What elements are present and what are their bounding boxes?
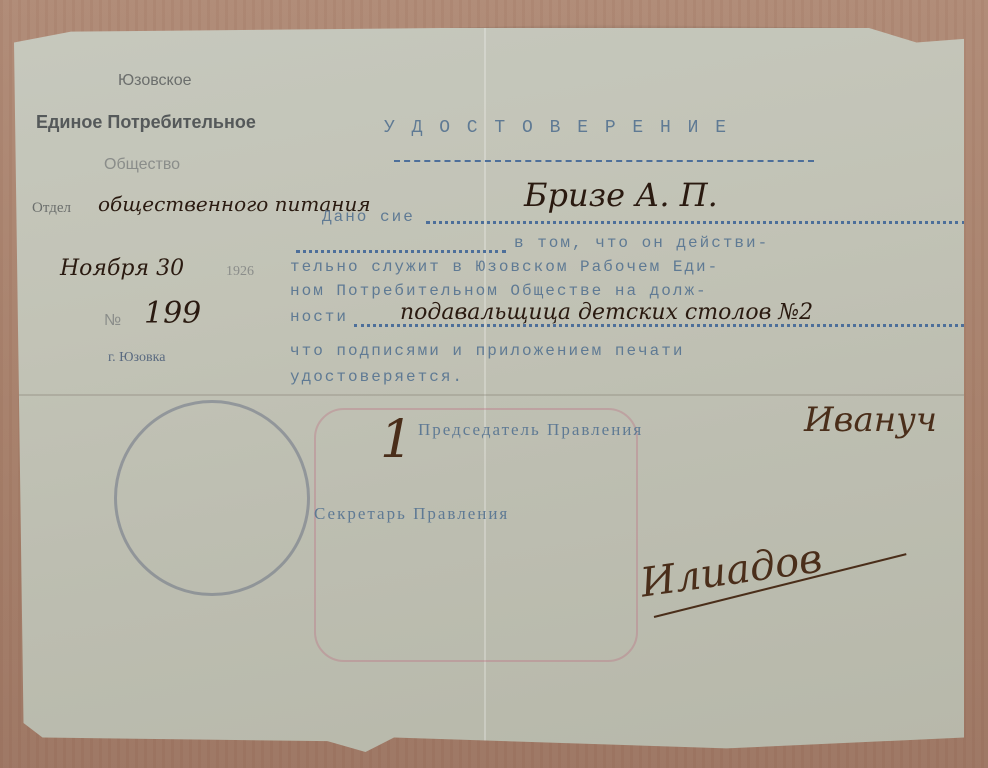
chairman-signature: Ивануч bbox=[804, 400, 937, 440]
secretary-label: Секретарь Правления bbox=[314, 504, 509, 524]
issued-to-name-handwritten: Бризе А. П. bbox=[524, 176, 718, 214]
dotted-line bbox=[426, 221, 966, 224]
round-seal-stamp bbox=[114, 400, 310, 596]
issued-to-label: Дано сие bbox=[322, 208, 415, 226]
position-handwritten: подавальщица детских столов №2 bbox=[400, 300, 813, 325]
year: 1926 bbox=[226, 264, 254, 280]
certificate-paper: Юзовское Единое Потребительное Общество … bbox=[14, 28, 964, 752]
body-line-4: ном Потребительном Обществе на долж- bbox=[290, 282, 708, 300]
dotted-line bbox=[296, 250, 506, 253]
header-organization: Единое Потребительное bbox=[36, 112, 256, 133]
number-handwritten: 199 bbox=[144, 296, 201, 331]
chairman-mark: 1 bbox=[380, 410, 413, 470]
header-city: Юзовское bbox=[118, 72, 192, 90]
fold-crease bbox=[14, 394, 964, 396]
body-line-6: что подписями и приложением печати bbox=[290, 342, 684, 360]
header-society: Общество bbox=[104, 156, 180, 174]
document-title: У Д О С Т О В Е Р Е Н И Е bbox=[384, 118, 729, 138]
red-watermark-stamp bbox=[314, 408, 638, 662]
body-line-3: тельно служит в Юзовском Рабочем Еди- bbox=[290, 258, 719, 276]
body-line-2: в том, что он действи- bbox=[514, 234, 769, 252]
department-label: Отдел bbox=[32, 200, 71, 217]
title-underline bbox=[394, 160, 814, 162]
chairman-label: Председатель Правления bbox=[418, 420, 643, 440]
body-line-7: удостоверяется. bbox=[290, 368, 464, 386]
date-handwritten: Ноября 30 bbox=[60, 256, 184, 281]
number-label: № bbox=[104, 312, 121, 330]
place: г. Юзовка bbox=[108, 350, 165, 366]
body-line-5-prefix: ности bbox=[290, 308, 348, 326]
